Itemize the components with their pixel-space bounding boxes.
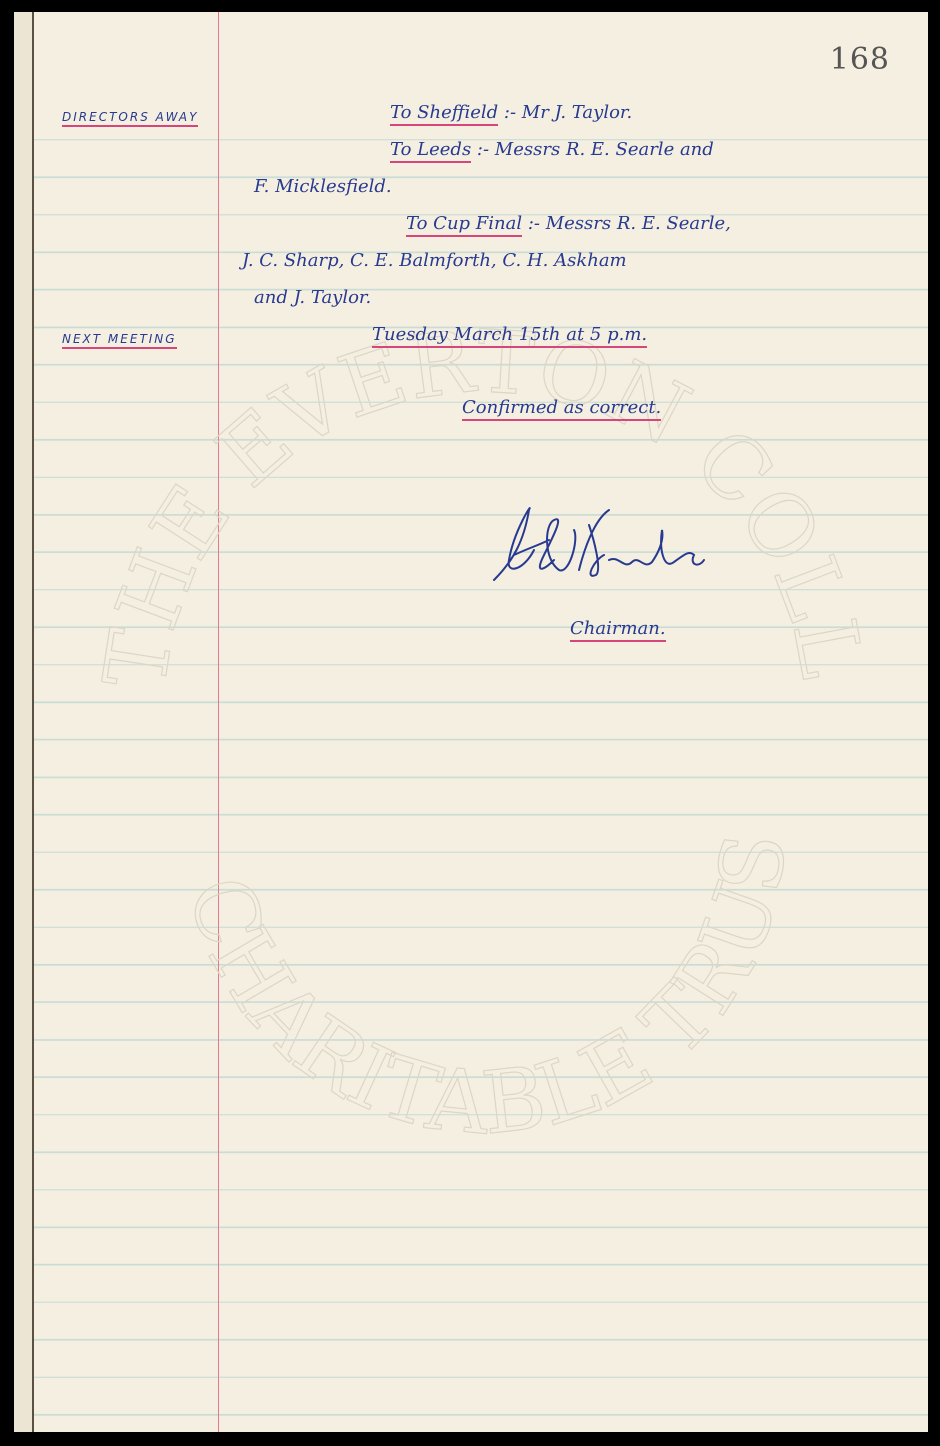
next-meeting-date: Tuesday March 15th at 5 p.m. (372, 324, 647, 348)
ledger-page: THE EVERTON COLLECTION CHARITABLE TRUST … (14, 12, 928, 1432)
chairman-label: Chairman. (570, 618, 666, 642)
entry-label: To Leeds (390, 139, 471, 163)
confirmation-label: Confirmed as correct. (462, 397, 661, 421)
entry-cup-final: To Cup Final :- Messrs R. E. Searle, (406, 213, 731, 234)
entry-leeds: To Leeds :- Messrs R. E. Searle and (390, 139, 714, 160)
confirmation-text: Confirmed as correct. (462, 397, 661, 418)
entry-cup-final-cont1: J. C. Sharp, C. E. Balmforth, C. H. Askh… (242, 250, 627, 271)
entry-label: To Cup Final (406, 213, 522, 237)
chairman-signature (484, 500, 724, 590)
entry-text: :- Messrs R. E. Searle and (477, 139, 714, 160)
entry-sheffield: To Sheffield :- Mr J. Taylor. (390, 102, 632, 123)
signature-title: Chairman. (570, 618, 666, 639)
entry-leeds-cont: F. Micklesfield. (254, 176, 392, 197)
entry-text: :- Messrs R. E. Searle, (528, 213, 731, 234)
binding-line (32, 12, 34, 1432)
entry-text: :- Mr J. Taylor. (504, 102, 632, 123)
heading-next-meeting: NEXT MEETING (62, 332, 177, 349)
entry-label: To Sheffield (390, 102, 498, 126)
heading-directors-away: DIRECTORS AWAY (62, 110, 198, 127)
margin-rule (218, 12, 219, 1432)
page-left-edge (14, 12, 32, 1432)
next-meeting-text: Tuesday March 15th at 5 p.m. (372, 324, 647, 345)
entry-cup-final-cont2: and J. Taylor. (254, 287, 371, 308)
page-number: 168 (830, 42, 890, 77)
